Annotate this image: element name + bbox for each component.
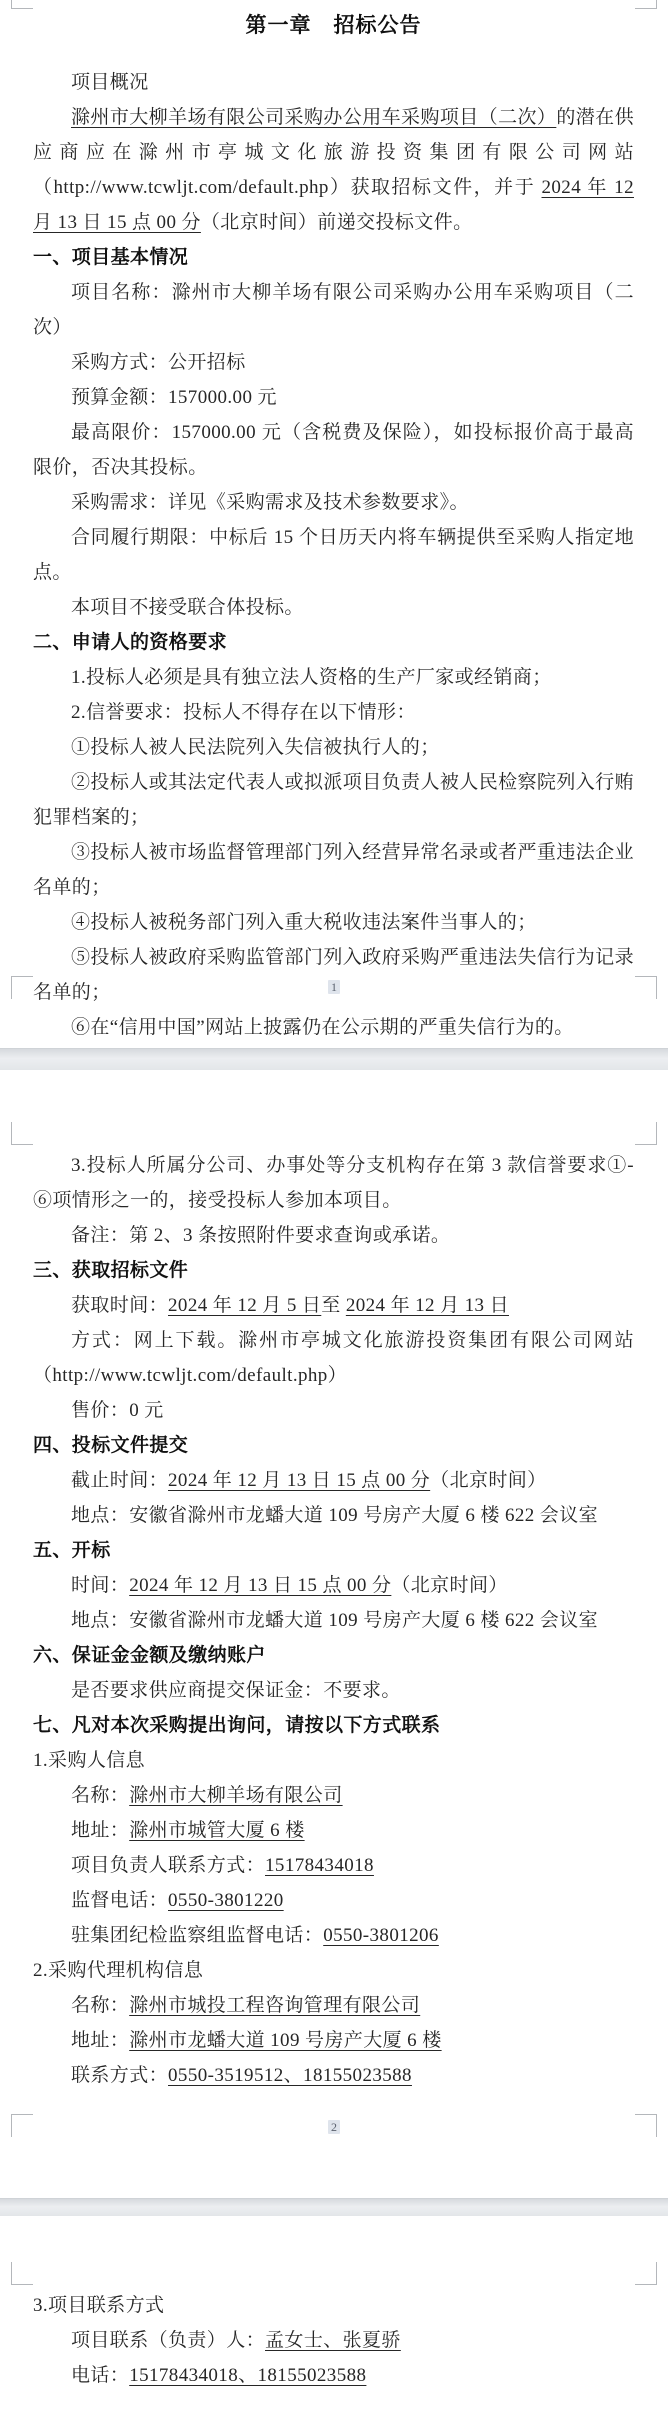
paragraph: 名称：滁州市城投工程咨询管理有限公司: [33, 1988, 634, 2023]
text-segment: 名称：: [71, 1785, 129, 1806]
text-segment: 2.采购代理机构信息: [33, 1960, 203, 1981]
paragraph: 滁州市大柳羊场有限公司采购办公用车采购项目（二次）的潜在供应商应在滁州市亭城文化…: [33, 100, 634, 240]
text-segment: 一、项目基本情况: [33, 247, 188, 268]
text-segment: 售价：0 元: [71, 1400, 164, 1421]
paragraph: 3.投标人所属分公司、办事处等分支机构存在第 3 款信誉要求①-⑥项情形之一的，…: [33, 1148, 634, 1218]
paragraph: ②投标人或其法定代表人或拟派项目负责人被人民检察院列入行贿犯罪档案的；: [33, 765, 634, 835]
paragraph: 地点：安徽省滁州市龙蟠大道 109 号房产大厦 6 楼 622 会议室: [33, 1498, 634, 1533]
text-segment: 第一章 招标公告: [246, 14, 422, 37]
text-segment: 合同履行期限：中标后 15 个日历天内将车辆提供至采购人指定地点。: [33, 527, 634, 583]
paragraph: 2.信誉要求：投标人不得存在以下情形：: [33, 695, 634, 730]
text-segment: （北京时间）: [391, 1575, 507, 1596]
text-segment: 是否要求供应商提交保证金：不要求。: [71, 1680, 401, 1701]
page-number: 1: [0, 978, 668, 996]
document-page: 3.投标人所属分公司、办事处等分支机构存在第 3 款信誉要求①-⑥项情形之一的，…: [0, 1070, 668, 2198]
section-heading: 五、开标: [33, 1533, 634, 1568]
text-segment: 六、保证金金额及缴纳账户: [33, 1645, 266, 1666]
section-heading: 四、投标文件提交: [33, 1428, 634, 1463]
document-page: 第一章 招标公告项目概况滁州市大柳羊场有限公司采购办公用车采购项目（二次）的潜在…: [0, 0, 668, 1048]
underlined-field: 2024 年 12 月 13 日: [346, 1295, 509, 1316]
crop-mark-top-left: [11, 0, 33, 9]
text-segment: 名称：: [71, 1995, 129, 2016]
text-segment: 联系方式：: [71, 2065, 168, 2086]
paragraph: 方式：网上下载。滁州市亭城文化旅游投资集团有限公司网站（http://www.t…: [33, 1323, 634, 1393]
underlined-field: 2024 年 12 月 13 日 15 点 00 分: [129, 1575, 391, 1596]
paragraph: 项目负责人联系方式：15178434018: [33, 1848, 634, 1883]
text-segment: 备注：第 2、3 条按照附件要求查询或承诺。: [71, 1225, 450, 1246]
paragraph: 售价：0 元: [33, 1393, 634, 1428]
text-segment: 项目联系（负责）人：: [71, 2330, 265, 2351]
text-segment: 项目概况: [71, 72, 149, 93]
paragraph: 电话：15178434018、18155023588: [33, 2358, 634, 2393]
document-viewer: 第一章 招标公告项目概况滁州市大柳羊场有限公司采购办公用车采购项目（二次）的潜在…: [0, 0, 668, 2430]
text-segment: 采购需求：详见《采购需求及技术参数要求》。: [71, 492, 469, 513]
paragraph: 最高限价：157000.00 元（含税费及保险），如投标报价高于最高限价，否决其…: [33, 415, 634, 485]
paragraph: 1.投标人必须是具有独立法人资格的生产厂家或经销商；: [33, 660, 634, 695]
paragraph: 地址：滁州市城管大厦 6 楼: [33, 1813, 634, 1848]
paragraph: 地址：滁州市龙蟠大道 109 号房产大厦 6 楼: [33, 2023, 634, 2058]
paragraph: ①投标人被人民法院列入失信被执行人的；: [33, 730, 634, 765]
text-segment: 3.项目联系方式: [33, 2295, 164, 2316]
text-segment: 项目负责人联系方式：: [71, 1855, 265, 1876]
paragraph: 时间：2024 年 12 月 13 日 15 点 00 分（北京时间）: [33, 1568, 634, 1603]
paragraph: 2.采购代理机构信息: [33, 1953, 634, 1988]
underlined-field: 2024 年 12 月 5 日: [168, 1295, 321, 1316]
paragraph: ⑤投标人被政府采购监管部门列入政府采购严重违法失信行为记录名单的；: [33, 940, 634, 1010]
paragraph: ③投标人被市场监督管理部门列入经营异常名录或者严重违法企业名单的；: [33, 835, 634, 905]
underlined-field: 2024 年 12 月 13 日 15 点 00 分: [168, 1470, 430, 1491]
page-number: 2: [0, 2118, 668, 2136]
section-heading: 二、申请人的资格要求: [33, 625, 634, 660]
crop-mark-top-left: [11, 1122, 33, 1145]
underlined-field: 15178434018: [265, 1855, 374, 1876]
text-segment: （北京时间）前递交投标文件。: [201, 212, 473, 233]
paragraph: 项目概况: [33, 65, 634, 100]
text-segment: 3.投标人所属分公司、办事处等分支机构存在第 3 款信誉要求①-⑥项情形之一的，…: [33, 1155, 634, 1211]
text-segment: ②投标人或其法定代表人或拟派项目负责人被人民检察院列入行贿犯罪档案的；: [33, 772, 634, 828]
underlined-field: 0550-3801206: [323, 1925, 439, 1946]
text-segment: 项目名称：滁州市大柳羊场有限公司采购办公用车采购项目（二次）: [33, 282, 634, 338]
paragraph: 采购方式：公开招标: [33, 345, 634, 380]
text-segment: 预算金额：157000.00 元: [71, 387, 277, 408]
paragraph: 合同履行期限：中标后 15 个日历天内将车辆提供至采购人指定地点。: [33, 520, 634, 590]
text-segment: 获取时间：: [71, 1295, 168, 1316]
section-heading: 一、项目基本情况: [33, 240, 634, 275]
paragraph: 项目联系（负责）人：孟女士、张夏骄: [33, 2323, 634, 2358]
section-heading: 七、凡对本次采购提出询问，请按以下方式联系: [33, 1708, 634, 1743]
text-segment: 驻集团纪检监察组监督电话：: [71, 1925, 323, 1946]
text-segment: ④投标人被税务部门列入重大税收违法案件当事人的；: [71, 912, 537, 933]
text-segment: 最高限价：157000.00 元（含税费及保险），如投标报价高于最高限价，否决其…: [33, 422, 634, 478]
chapter-title: 第一章 招标公告: [33, 8, 634, 43]
paragraph: 获取时间：2024 年 12 月 5 日至 2024 年 12 月 13 日: [33, 1288, 634, 1323]
document-page: 3.项目联系方式项目联系（负责）人：孟女士、张夏骄电话：15178434018、…: [0, 2216, 668, 2430]
section-heading: 三、获取招标文件: [33, 1253, 634, 1288]
paragraph: 本项目不接受联合体投标。: [33, 590, 634, 625]
text-segment: 时间：: [71, 1575, 129, 1596]
text-segment: ①投标人被人民法院列入失信被执行人的；: [71, 737, 440, 758]
paragraph: ④投标人被税务部门列入重大税收违法案件当事人的；: [33, 905, 634, 940]
paragraph: 是否要求供应商提交保证金：不要求。: [33, 1673, 634, 1708]
paragraph: ⑥在“信用中国”网站上披露仍在公示期的严重失信行为的。: [33, 1010, 634, 1045]
paragraph: 驻集团纪检监察组监督电话：0550-3801206: [33, 1918, 634, 1953]
underlined-field: 滁州市大柳羊场有限公司采购办公用车采购项目（二次）: [71, 107, 556, 128]
underlined-field: 0550-3801220: [168, 1890, 284, 1911]
text-segment: 三、获取招标文件: [33, 1260, 188, 1281]
text-segment: （北京时间）: [430, 1470, 546, 1491]
paragraph: 预算金额：157000.00 元: [33, 380, 634, 415]
underlined-field: 孟女士、张夏骄: [265, 2330, 401, 2351]
text-segment: 至: [321, 1295, 346, 1316]
text-segment: 地址：: [71, 2030, 129, 2051]
text-segment: 地点：安徽省滁州市龙蟠大道 109 号房产大厦 6 楼 622 会议室: [71, 1610, 598, 1631]
text-segment: 监督电话：: [71, 1890, 168, 1911]
paragraph: 监督电话：0550-3801220: [33, 1883, 634, 1918]
underlined-field: 15178434018、18155023588: [129, 2365, 366, 2386]
underlined-field: 滁州市城管大厦 6 楼: [129, 1820, 304, 1841]
crop-mark-top-left: [11, 2262, 33, 2285]
paragraph: 3.项目联系方式: [33, 2288, 634, 2323]
section-heading: 六、保证金金额及缴纳账户: [33, 1638, 634, 1673]
paragraph: 1.采购人信息: [33, 1743, 634, 1778]
text-segment: 电话：: [71, 2365, 129, 2386]
text-segment: 五、开标: [33, 1540, 111, 1561]
text-segment: ⑥在“信用中国”网站上披露仍在公示期的严重失信行为的。: [71, 1017, 574, 1038]
paragraph: 备注：第 2、3 条按照附件要求查询或承诺。: [33, 1218, 634, 1253]
paragraph: 联系方式：0550-3519512、18155023588: [33, 2058, 634, 2093]
paragraph: 地点：安徽省滁州市龙蟠大道 109 号房产大厦 6 楼 622 会议室: [33, 1603, 634, 1638]
page-separator: [0, 1048, 668, 1070]
underlined-field: 滁州市龙蟠大道 109 号房产大厦 6 楼: [129, 2030, 441, 2051]
text-segment: 地址：: [71, 1820, 129, 1841]
underlined-field: 滁州市大柳羊场有限公司: [129, 1785, 342, 1806]
text-segment: 1.采购人信息: [33, 1750, 145, 1771]
text-segment: 采购方式：公开招标: [71, 352, 246, 373]
text-segment: 截止时间：: [71, 1470, 168, 1491]
paragraph: 项目名称：滁州市大柳羊场有限公司采购办公用车采购项目（二次）: [33, 275, 634, 345]
crop-mark-top-right: [635, 2262, 657, 2285]
underlined-field: 滁州市城投工程咨询管理有限公司: [129, 1995, 420, 2016]
underlined-field: 0550-3519512、18155023588: [168, 2065, 412, 2086]
text-segment: 七、凡对本次采购提出询问，请按以下方式联系: [33, 1715, 440, 1736]
text-segment: 二、申请人的资格要求: [33, 632, 227, 653]
crop-mark-top-right: [635, 1122, 657, 1145]
paragraph: 采购需求：详见《采购需求及技术参数要求》。: [33, 485, 634, 520]
page-separator: [0, 2198, 668, 2216]
text-segment: 方式：网上下载。滁州市亭城文化旅游投资集团有限公司网站（http://www.t…: [33, 1330, 634, 1386]
paragraph: 名称：滁州市大柳羊场有限公司: [33, 1778, 634, 1813]
text-segment: 四、投标文件提交: [33, 1435, 188, 1456]
paragraph: 截止时间：2024 年 12 月 13 日 15 点 00 分（北京时间）: [33, 1463, 634, 1498]
text-segment: ③投标人被市场监督管理部门列入经营异常名录或者严重违法企业名单的；: [33, 842, 634, 898]
crop-mark-top-right: [635, 0, 657, 9]
text-segment: 地点：安徽省滁州市龙蟠大道 109 号房产大厦 6 楼 622 会议室: [71, 1505, 598, 1526]
text-segment: 本项目不接受联合体投标。: [71, 597, 304, 618]
text-segment: 1.投标人必须是具有独立法人资格的生产厂家或经销商；: [71, 667, 552, 688]
text-segment: 2.信誉要求：投标人不得存在以下情形：: [71, 702, 416, 723]
